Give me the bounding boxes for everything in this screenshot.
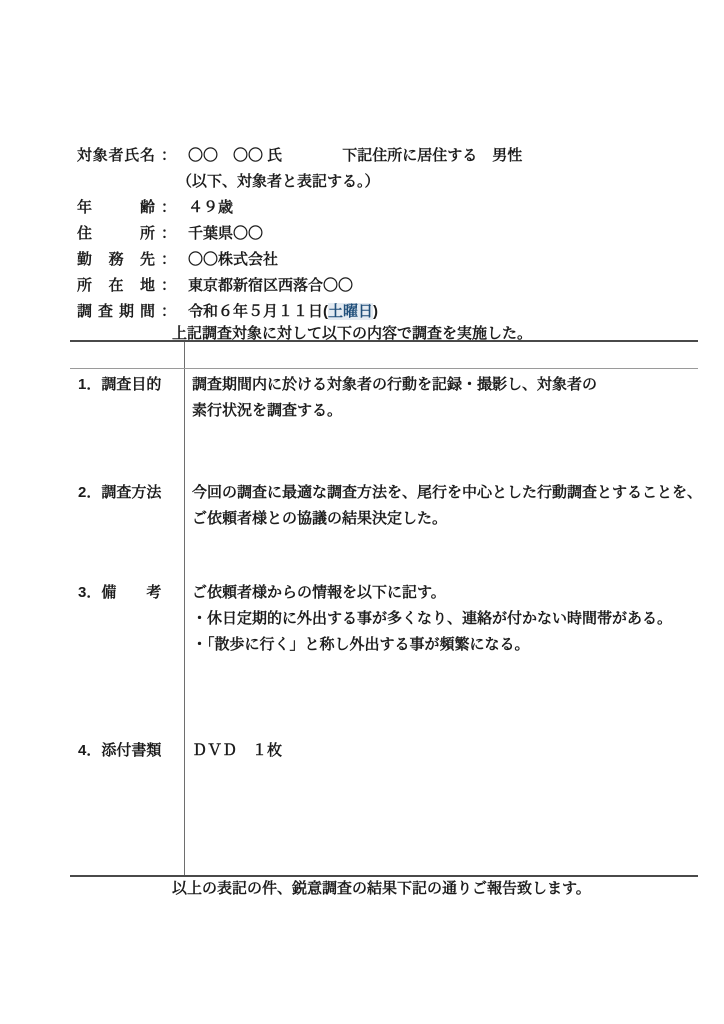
row-label-cell: 3．備 考 bbox=[70, 577, 185, 735]
subject-alias-text: （以下、対象者と表記する。） bbox=[177, 173, 380, 190]
subject-age-label: 年齢 bbox=[77, 195, 155, 221]
table-row-attachments: 4．添付書類 ＤＶＤ １枚 bbox=[70, 735, 698, 875]
report-table: 1．調査目的 調査期間内に於ける対象者の行動を記録・撮影し、対象者の 素行状況を… bbox=[70, 340, 698, 877]
info-colon: ： bbox=[161, 221, 176, 247]
survey-period-label: 調査期間 bbox=[77, 299, 155, 325]
row-content-cell: 今回の調査に最適な調査方法を、尾行を中心とした行動調査とすることを、 ご依頼者様… bbox=[185, 477, 712, 577]
subject-age-value: ４９歳 bbox=[188, 195, 233, 221]
subject-workplace-row: 勤務先：〇〇株式会社 bbox=[77, 247, 697, 273]
table-header-row bbox=[70, 342, 698, 369]
header-label-cell bbox=[70, 342, 185, 368]
subject-address-value: 千葉県〇〇 bbox=[188, 221, 263, 247]
survey-period-weekday-highlight: 土曜日 bbox=[328, 303, 373, 320]
subject-name-label: 対象者氏名 bbox=[77, 143, 155, 169]
info-colon: ： bbox=[161, 195, 176, 221]
subject-name-value: 〇〇 〇〇 氏 bbox=[188, 143, 282, 169]
info-colon: ： bbox=[161, 273, 176, 299]
table-row-purpose: 1．調査目的 調査期間内に於ける対象者の行動を記録・撮影し、対象者の 素行状況を… bbox=[70, 369, 698, 477]
header-content-cell bbox=[185, 342, 698, 368]
content-line: 今回の調査に最適な調査方法を、尾行を中心とした行動調査とすることを、 bbox=[192, 480, 702, 506]
workplace-location-row: 所在地：東京都新宿区西落合〇〇 bbox=[77, 273, 697, 299]
subject-address-row: 住所：千葉県〇〇 bbox=[77, 221, 697, 247]
content-line: ＤＶＤ １枚 bbox=[192, 738, 688, 764]
survey-period-close-paren: ) bbox=[373, 303, 378, 320]
row-label-cell: 2．調査方法 bbox=[70, 477, 185, 577]
content-line: ・休日定期的に外出する事が多くなり、連絡が付かない時間帯がある。 bbox=[192, 606, 688, 632]
content-line: 調査期間内に於ける対象者の行動を記録・撮影し、対象者の bbox=[192, 372, 688, 398]
subject-name-row: 対象者氏名：〇〇 〇〇 氏下記住所に居住する 男性 bbox=[77, 143, 697, 169]
info-colon: ： bbox=[161, 143, 176, 169]
row-label-cell: 4．添付書類 bbox=[70, 735, 185, 875]
row-content-cell: 調査期間内に於ける対象者の行動を記録・撮影し、対象者の 素行状況を調査する。 bbox=[185, 369, 698, 477]
content-line: ・「散歩に行く」と称し外出する事が頻繁になる。 bbox=[192, 632, 688, 658]
row-label-cell: 1．調査目的 bbox=[70, 369, 185, 477]
row-content-cell: ご依頼者様からの情報を以下に記す。 ・休日定期的に外出する事が多くなり、連絡が付… bbox=[185, 577, 698, 735]
subject-alias-note: （以下、対象者と表記する。） bbox=[177, 169, 697, 195]
subject-name-note: 下記住所に居住する 男性 bbox=[342, 143, 522, 169]
subject-workplace-value: 〇〇株式会社 bbox=[188, 247, 278, 273]
workplace-location-value: 東京都新宿区西落合〇〇 bbox=[188, 273, 353, 299]
subject-info-section: 対象者氏名：〇〇 〇〇 氏下記住所に居住する 男性 （以下、対象者と表記する。）… bbox=[77, 143, 697, 325]
info-colon: ： bbox=[161, 247, 176, 273]
survey-period-date: 令和６年５月１１日( bbox=[188, 303, 328, 320]
subject-age-row: 年齢：４９歳 bbox=[77, 195, 697, 221]
content-line: ご依頼者様との協議の結果決定した。 bbox=[192, 506, 702, 532]
table-row-remarks: 3．備 考 ご依頼者様からの情報を以下に記す。 ・休日定期的に外出する事が多くな… bbox=[70, 577, 698, 735]
row-content-cell: ＤＶＤ １枚 bbox=[185, 735, 698, 875]
workplace-location-label: 所在地 bbox=[77, 273, 155, 299]
closing-line: 以上の表記の件、鋭意調査の結果下記の通りご報告致します。 bbox=[172, 876, 591, 902]
report-page: 対象者氏名：〇〇 〇〇 氏下記住所に居住する 男性 （以下、対象者と表記する。）… bbox=[0, 0, 724, 1024]
content-line: 素行状況を調査する。 bbox=[192, 398, 688, 424]
subject-workplace-label: 勤務先 bbox=[77, 247, 155, 273]
table-row-method: 2．調査方法 今回の調査に最適な調査方法を、尾行を中心とした行動調査とすることを… bbox=[70, 477, 698, 577]
subject-address-label: 住所 bbox=[77, 221, 155, 247]
content-line: ご依頼者様からの情報を以下に記す。 bbox=[192, 580, 688, 606]
